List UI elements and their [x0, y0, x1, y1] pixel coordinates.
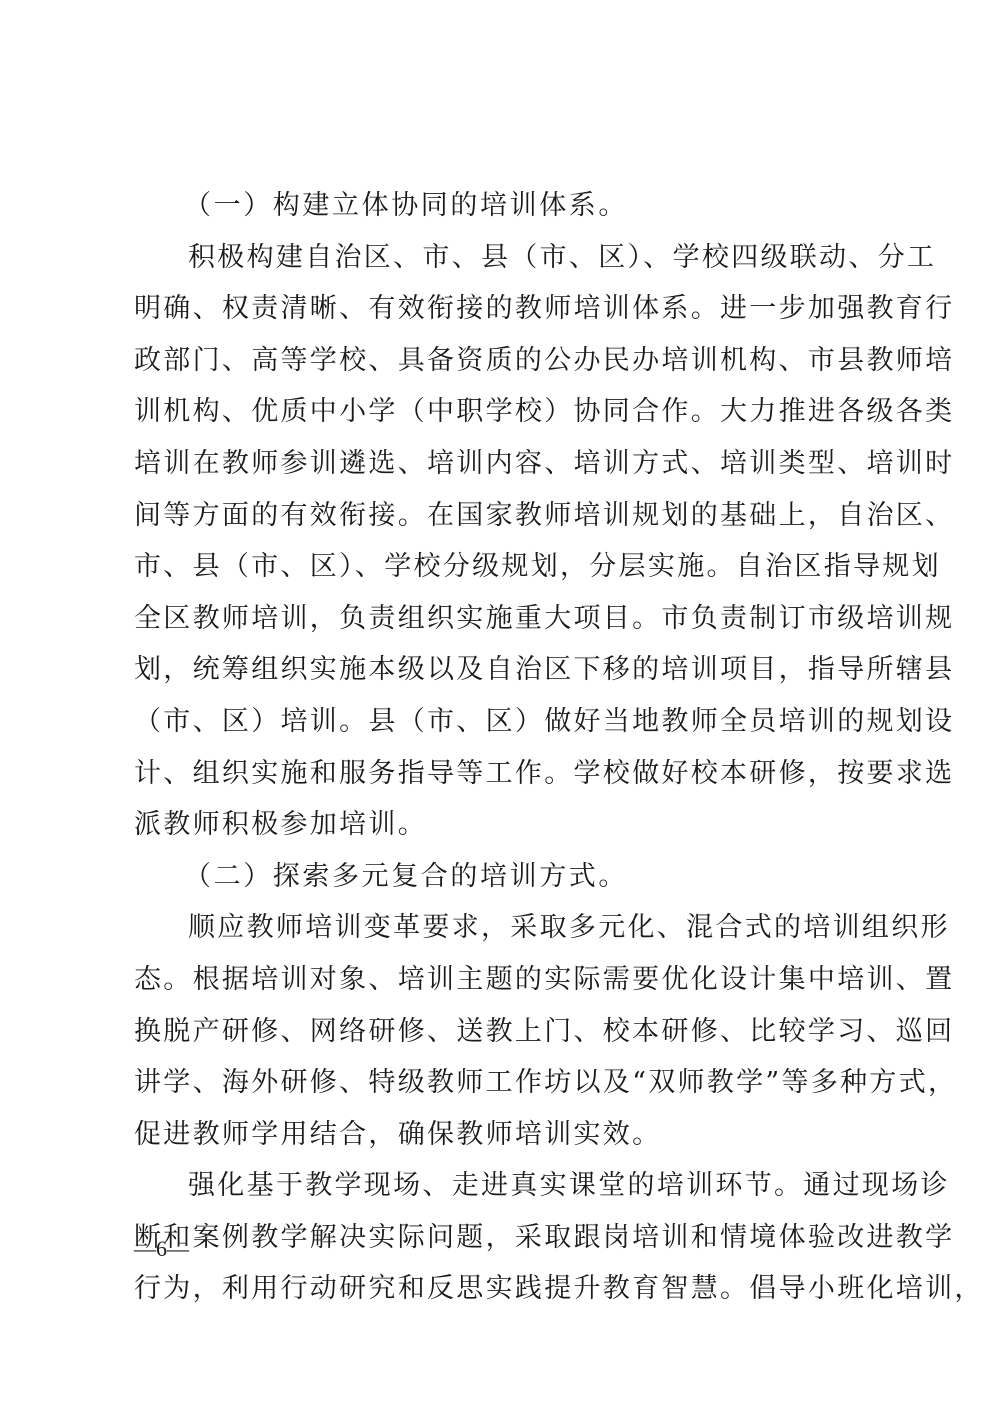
text-line: 市、县（市、区）、学校分级规划，分层实施。自治区指导规划: [134, 541, 864, 593]
text-line: 政部门、高等学校、具备资质的公办民办培训机构、市县教师培: [134, 335, 864, 387]
section-1-paragraph-1: 积极构建自治区、市、县（市、区）、学校四级联动、分工 明确、权责清晰、有效衔接的…: [134, 232, 864, 851]
text-line: 断和案例教学解决实际问题，采取跟岗培训和情境体验改进教学: [134, 1212, 864, 1264]
text-line: 间等方面的有效衔接。在国家教师培训规划的基础上，自治区、: [134, 490, 864, 542]
section-2-paragraph-2: 强化基于教学现场、走进真实课堂的培训环节。通过现场诊 断和案例教学解决实际问题，…: [134, 1160, 864, 1315]
text-line: 派教师积极参加培训。: [134, 799, 864, 851]
text-line: 顺应教师培训变革要求，采取多元化、混合式的培训组织形: [134, 902, 864, 954]
text-line: 培训在教师参训遴选、培训内容、培训方式、培训类型、培训时: [134, 438, 864, 490]
text-line: 换脱产研修、网络研修、送教上门、校本研修、比较学习、巡回: [134, 1006, 864, 1058]
text-line: 讲学、海外研修、特级教师工作坊以及“双师教学”等多种方式，: [134, 1057, 864, 1109]
text-line: 积极构建自治区、市、县（市、区）、学校四级联动、分工: [134, 232, 864, 284]
text-line: 行为，利用行动研究和反思实践提升教育智慧。倡导小班化培训，: [134, 1263, 864, 1315]
section-2-paragraph-1: 顺应教师培训变革要求，采取多元化、混合式的培训组织形 态。根据培训对象、培训主题…: [134, 902, 864, 1160]
text-line: （市、区）培训。县（市、区）做好当地教师全员培训的规划设: [134, 696, 864, 748]
text-line: 促进教师学用结合，确保教师培训实效。: [134, 1109, 864, 1161]
text-line: 态。根据培训对象、培训主题的实际需要优化设计集中培训、置: [134, 954, 864, 1006]
text-line: 全区教师培训，负责组织实施重大项目。市负责制订市级培训规: [134, 593, 864, 645]
page-number: —6—: [134, 1236, 189, 1262]
text-line: 训机构、优质中小学（中职学校）协同合作。大力推进各级各类: [134, 386, 864, 438]
text-line: 强化基于教学现场、走进真实课堂的培训环节。通过现场诊: [134, 1160, 864, 1212]
section-heading-2: （二）探索多元复合的培训方式。: [134, 851, 864, 903]
text-line: 划，统筹组织实施本级以及自治区下移的培训项目，指导所辖县: [134, 644, 864, 696]
text-line: 明确、权责清晰、有效衔接的教师培训体系。进一步加强教育行: [134, 283, 864, 335]
text-line: 计、组织实施和服务指导等工作。学校做好校本研修，按要求选: [134, 748, 864, 800]
section-heading-1: （一）构建立体协同的培训体系。: [134, 180, 864, 232]
document-page: （一）构建立体协同的培训体系。 积极构建自治区、市、县（市、区）、学校四级联动、…: [134, 180, 864, 1315]
